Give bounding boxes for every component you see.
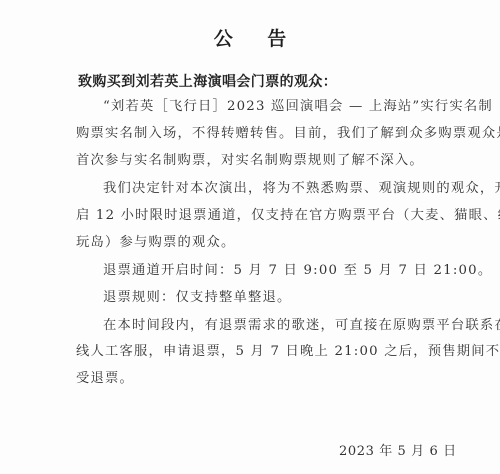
paragraph-5-line-2: 线人工客服，申请退票，5 月 7 日晚上 21:00 之后，预售期间不再接 (76, 340, 500, 359)
paragraph-2-line-2: 启 12 小时限时退票通道，仅支持在官方购票平台（大麦、猫眼、纷 (76, 204, 500, 223)
announcement-date: 2023 年 5 月 6 日 (339, 440, 457, 459)
paragraph-5-line-1: 在本时间段内，有退票需求的歌迷，可直接在原购票平台联系在 (103, 314, 500, 333)
paragraph-5-line-3: 受退票。 (76, 367, 134, 386)
salutation: 致购买到刘若英上海演唱会门票的观众： (78, 71, 337, 91)
announcement-title: 公 告 (0, 24, 500, 51)
paragraph-2-line-3: 玩岛）参与购票的观众。 (76, 231, 235, 250)
paragraph-2-line-1: 我们决定针对本次演出，将为不熟悉购票、观演规则的观众，开 (103, 177, 500, 196)
paragraph-1-line-3: 首次参与实名制购票，对实名制购票规则了解不深入。 (76, 149, 424, 168)
refund-rules: 退票规则：仅支持整单整退。 (103, 286, 291, 305)
paragraph-1-line-1: “刘若英［飞行日］2023 巡回演唱会 — 上海站”实行实名制 (103, 95, 493, 114)
refund-window-time: 退票通道开启时间：5 月 7 日 9:00 至 5 月 7 日 21:00。 (103, 259, 492, 278)
announcement-page: 公 告 致购买到刘若英上海演唱会门票的观众： “刘若英［飞行日］2023 巡回演… (0, 0, 500, 474)
paragraph-1-line-2: 购票实名制入场，不得转赠转售。目前，我们了解到众多购票观众是 (76, 122, 500, 141)
